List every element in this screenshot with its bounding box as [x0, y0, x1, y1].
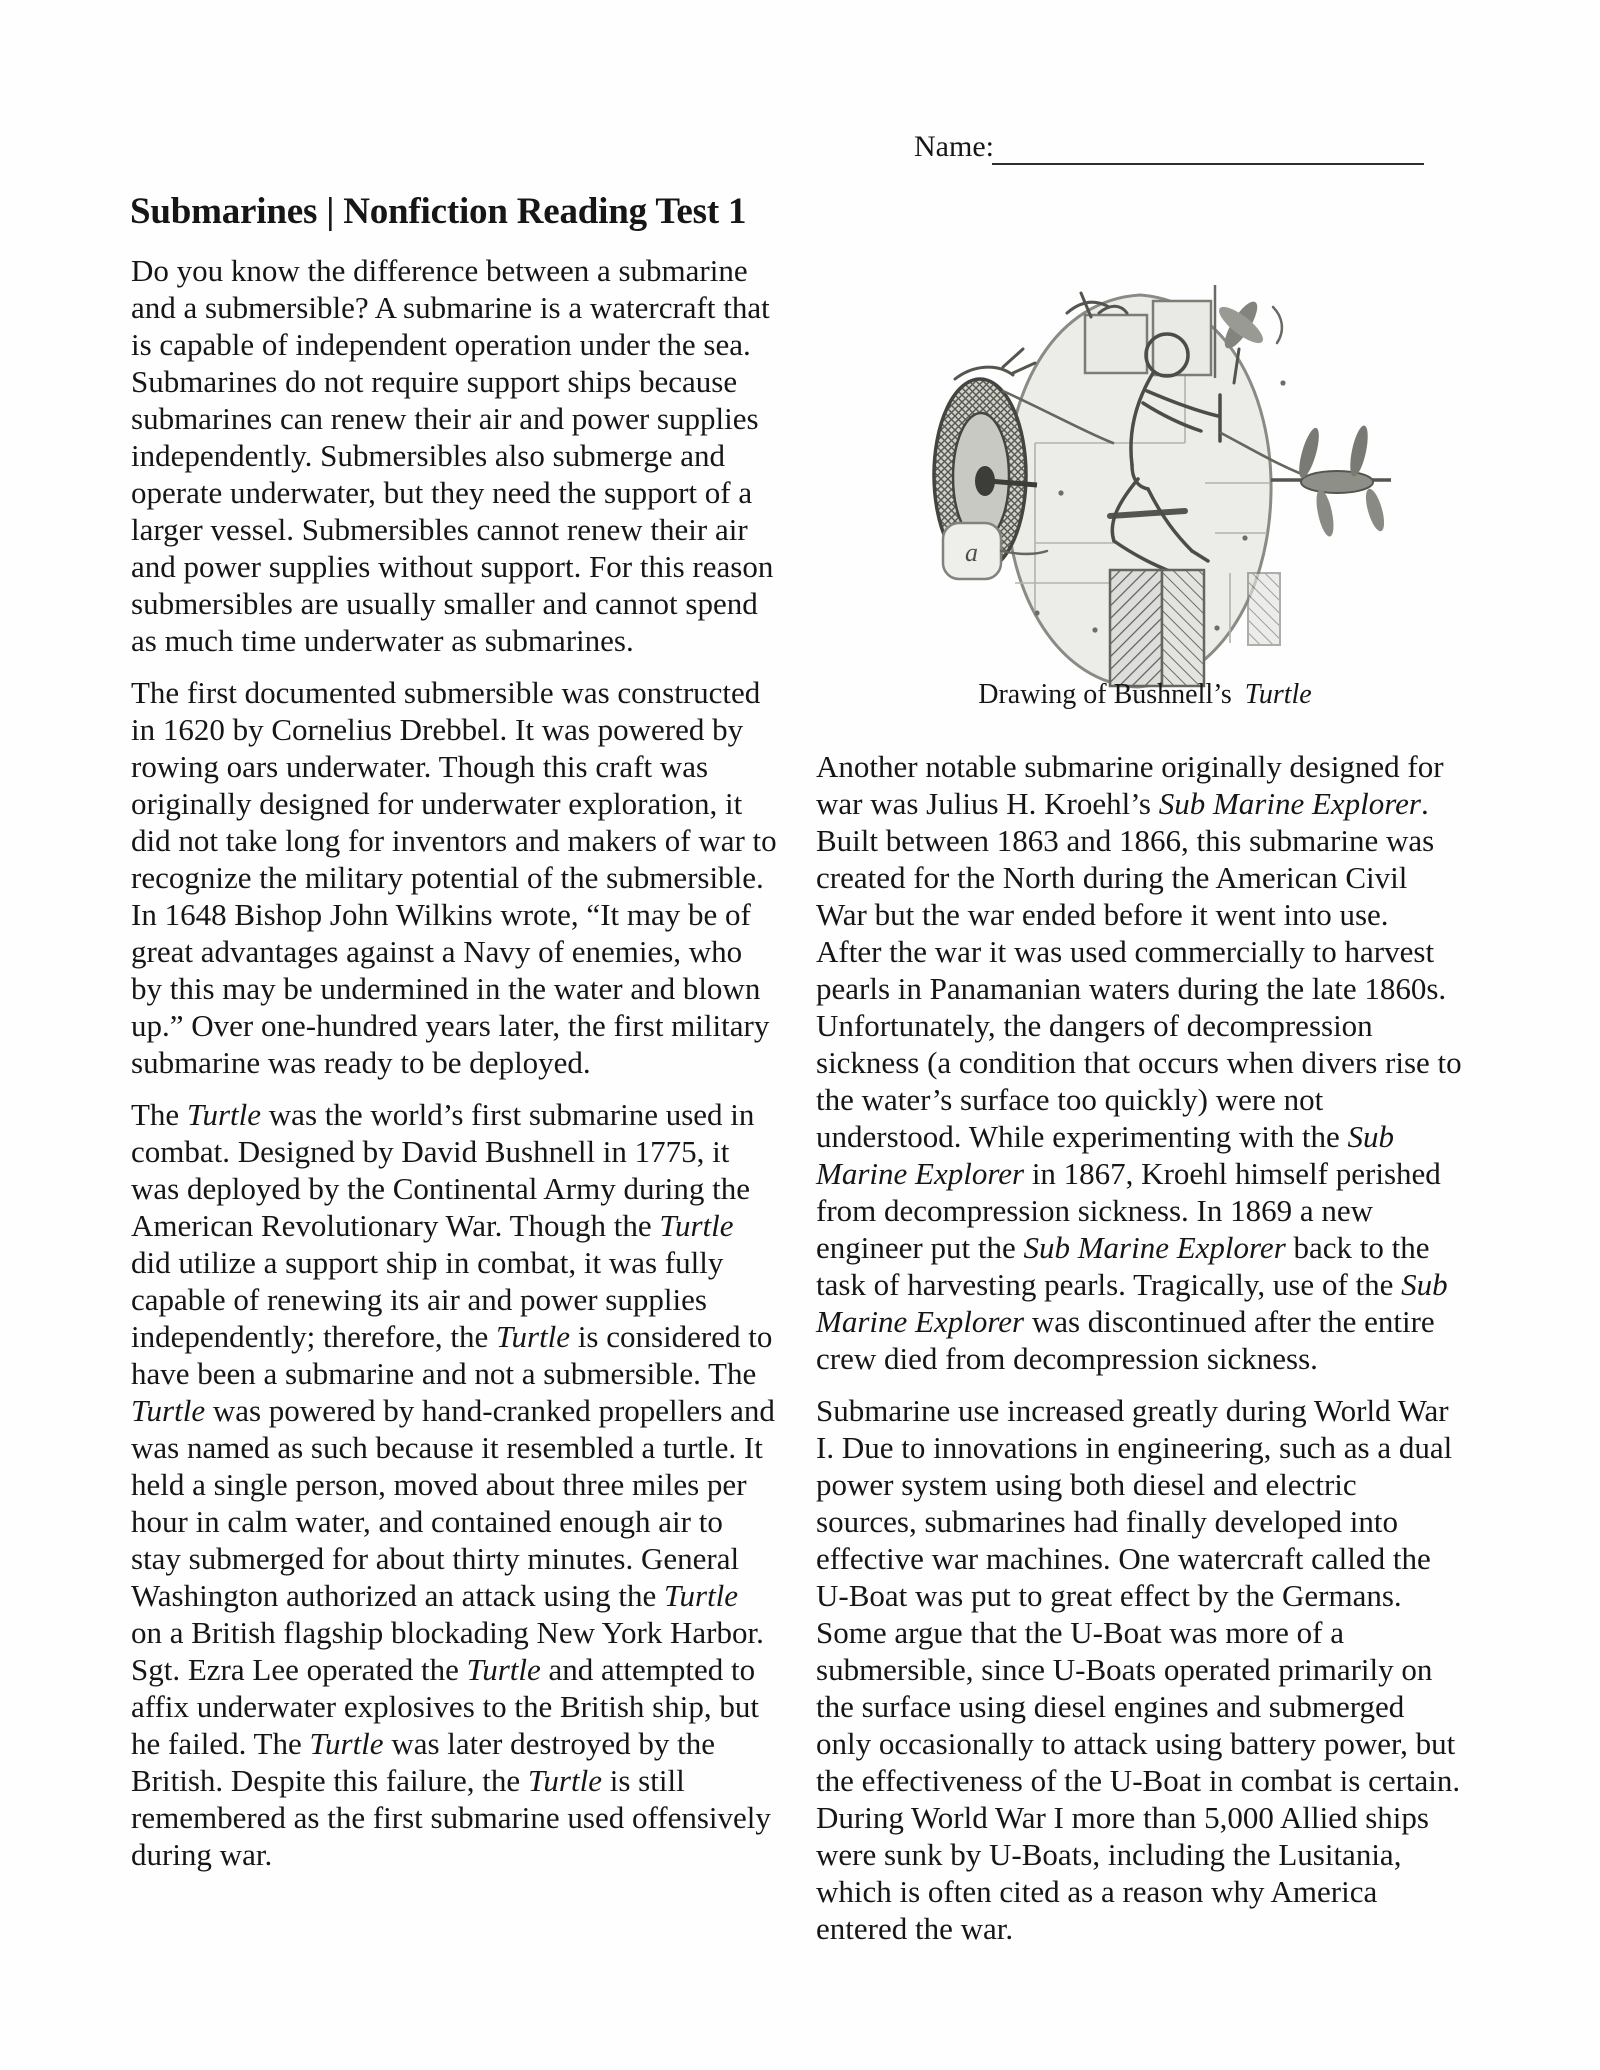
turtle-drawing-figure: a: [885, 283, 1405, 693]
paragraph-first-submersible: The first documented submersible was con…: [131, 674, 796, 1081]
worksheet-page: Name: Submarines | Nonfiction Reading Te…: [0, 0, 1600, 2070]
paragraph-turtle: The Turtle was the world’s first submari…: [131, 1096, 796, 1873]
pod-label: a: [965, 538, 978, 567]
right-column: Another notable submarine originally des…: [816, 748, 1481, 1962]
turtle-drawing: a: [885, 283, 1405, 693]
conning-hatch: [1085, 315, 1147, 373]
stern-locker: [1248, 573, 1280, 645]
stern-propeller: [1271, 424, 1391, 538]
paragraph-submarine-vs-submersible: Do you know the difference between a sub…: [131, 252, 796, 659]
name-blank-line: [992, 163, 1424, 165]
paragraph-world-war-one: Submarine use increased greatly during W…: [816, 1392, 1481, 1947]
ballast-box-left: [1110, 570, 1162, 686]
left-column: Do you know the difference between a sub…: [131, 252, 796, 1888]
page-title: Submarines | Nonfiction Reading Test 1: [130, 190, 746, 233]
paragraph-sub-marine-explorer: Another notable submarine originally des…: [816, 748, 1481, 1377]
name-label: Name:: [914, 130, 994, 164]
ballast-box-right: [1162, 570, 1204, 686]
figure-caption: Drawing of Bushnell’s Turtle: [885, 678, 1405, 712]
